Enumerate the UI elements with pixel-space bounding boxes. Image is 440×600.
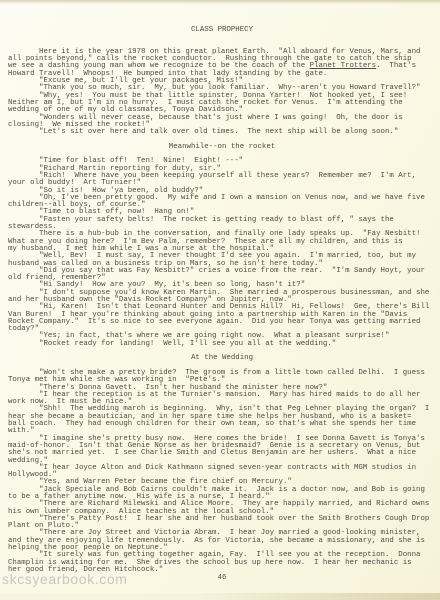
document-line: Rocket Company." It's so nice to see eve… — [8, 319, 436, 326]
document-body: Here it is the year 1978 on this great p… — [8, 49, 436, 574]
section-heading: Meanwhile--on the rocket — [8, 144, 436, 151]
document-line: "I hear Joyce Alton and Dick Kathmann si… — [8, 465, 436, 472]
watermark-text: skcsyearbook.com — [2, 571, 128, 587]
section-heading: At the Wedding — [8, 355, 436, 362]
document-line: "Fasten your safety belts! The rocket is… — [8, 217, 436, 224]
yearbook-page: CLASS PROPHECY Here it is the year 1978 … — [0, 0, 440, 600]
document-line: "Let's sit over here and talk over old t… — [8, 129, 436, 136]
document-line: "Rocket ready for landing! Well, I'll se… — [8, 341, 436, 348]
document-line: she's not married yet. I see Charlie Smi… — [8, 450, 436, 457]
scan-edge-top — [0, 0, 440, 4]
scan-edge-bottom — [0, 593, 440, 600]
document-line: ball coach. They had enough children for… — [8, 421, 436, 428]
page-title: CLASS PROPHECY — [8, 27, 436, 34]
